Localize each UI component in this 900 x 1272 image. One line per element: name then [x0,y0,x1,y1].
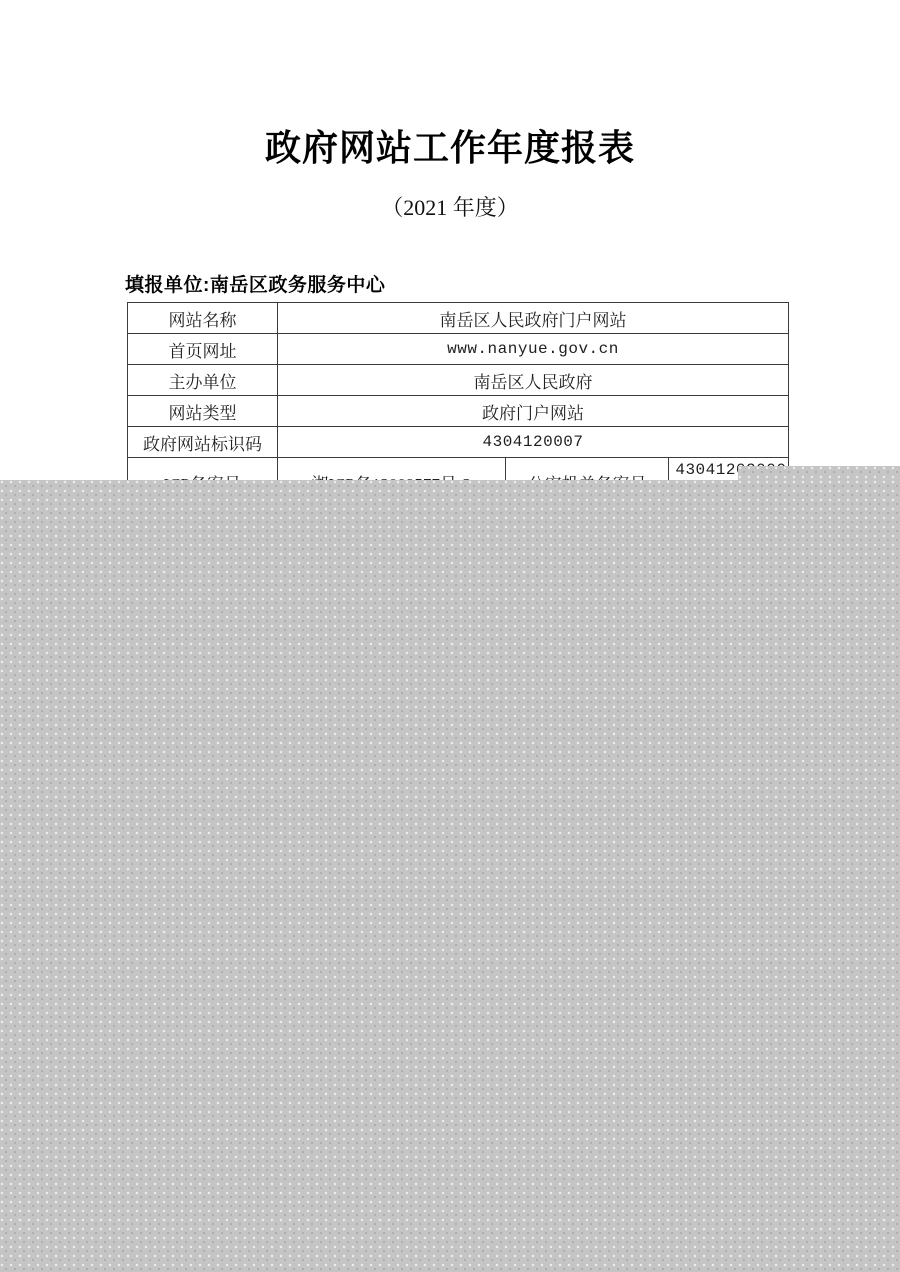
site-name-value: 南岳区人民政府门户网站 [277,303,788,333]
page-subtitle: （2021 年度） [0,191,900,222]
table-row-homepage-url: 首页网址 www.nanyue.gov.cn [128,333,788,364]
table-row-site-name: 网站名称 南岳区人民政府门户网站 [128,303,788,333]
homepage-url-value: www.nanyue.gov.cn [277,334,788,364]
reporting-unit-label: 填报单位:南岳区政务服务中心 [125,270,385,297]
homepage-url-label: 首页网址 [128,334,277,364]
sponsor-unit-label: 主办单位 [128,365,277,395]
site-id-code-label: 政府网站标识码 [128,427,277,457]
site-name-label: 网站名称 [128,303,277,333]
site-type-value: 政府门户网站 [277,396,788,426]
website-info-table: 网站名称 南岳区人民政府门户网站 首页网址 www.nanyue.gov.cn … [127,302,789,507]
table-row-sponsor-unit: 主办单位 南岳区人民政府 [128,364,788,395]
table-row-site-id-code: 政府网站标识码 4304120007 [128,426,788,457]
table-row-site-type: 网站类型 政府门户网站 [128,395,788,426]
site-type-label: 网站类型 [128,396,277,426]
document-page: 政府网站工作年度报表 （2021 年度） 填报单位:南岳区政务服务中心 网站名称… [0,0,900,1272]
gray-redaction-overlay [0,480,900,1272]
sponsor-unit-value: 南岳区人民政府 [277,365,788,395]
site-id-code-value: 4304120007 [277,427,788,457]
page-title: 政府网站工作年度报表 [0,120,900,171]
